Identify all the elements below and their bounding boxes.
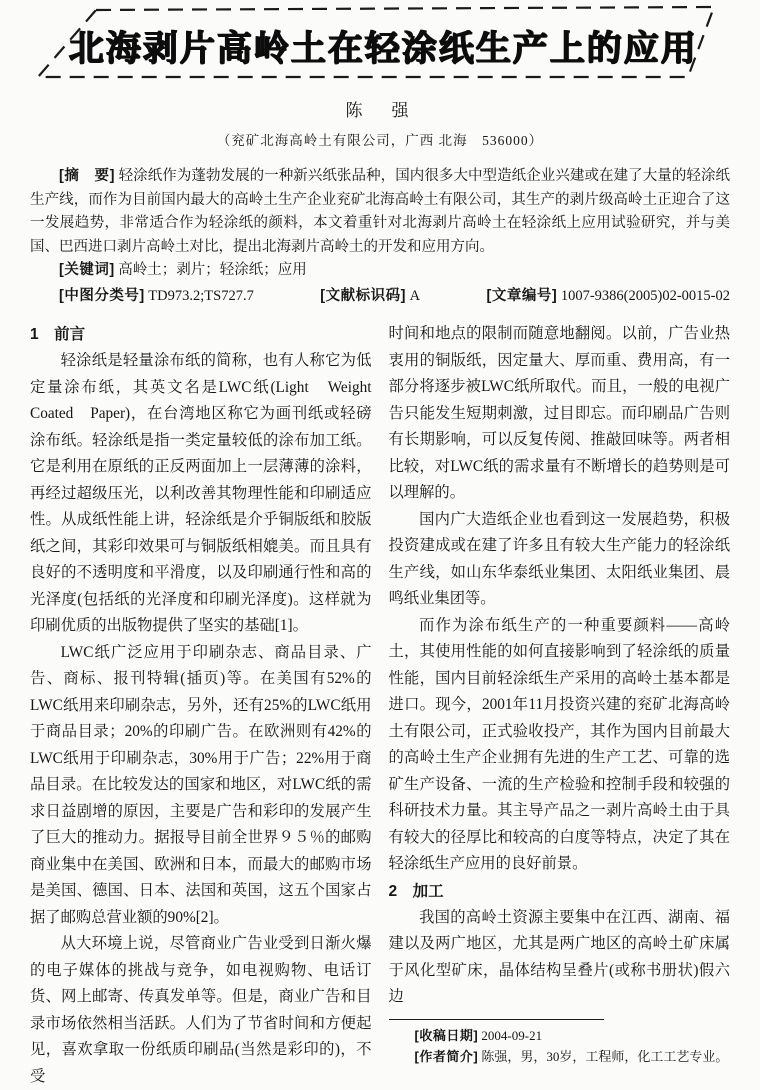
abstract-label: [摘 要] [59,168,115,184]
clc-pair: [中图分类号] TD973.2;TS727.7 [59,285,254,309]
author-bio-label: [作者简介] [415,1049,479,1064]
footnote-received: [收稿日期] 2004-09-21 [389,1025,731,1046]
clc-label: [中图分类号] [59,288,145,304]
author-affiliation: （兖矿北海高岭土有限公司，广西 北海 536000） [0,129,760,149]
body-paragraph: 我国的高岭土资源主要集中在江西、湖南、福建以及两广地区，尤其是两广地区的高岭土矿… [389,905,731,1011]
right-column: 时间和地点的限制而随意地翻阅。以前，广告业热衷用的铜版纸，因定量大、厚而重、费用… [389,321,731,1090]
title-box: 北海剥片高岭土在轻涂纸生产上的应用 [32,2,724,86]
left-column: 1 前言 轻涂纸是轻量涂布纸的简称，也有人称它为低定量涂布纸，其英文名是LWC纸… [30,321,372,1090]
author-bio-value: 陈强，男，30岁，工程师，化工工艺专业。 [481,1049,728,1064]
received-date-label: [收稿日期] [415,1028,479,1043]
body-paragraph: 时间和地点的限制而随意地翻阅。以前，广告业热衷用的铜版纸，因定量大、厚而重、费用… [389,321,731,507]
article-id-value: 1007-9386(2005)02-0015-02 [561,288,730,304]
paper-page: 北海剥片高岭土在轻涂纸生产上的应用 陈 强 （兖矿北海高岭土有限公司，广西 北海… [0,0,760,1090]
classification-line: [中图分类号] TD973.2;TS727.7 [文献标识码] A [文章编号]… [30,285,730,309]
meta-block: [摘 要] 轻涂纸作为蓬勃发展的一种新兴纸张品种，国内很多大中型造纸企业兴建或在… [30,165,730,308]
section-heading-2: 2 加工 [389,878,731,905]
body-paragraph: LWC纸广泛应用于印刷杂志、商品目录、广告、商标、报刊特辑(插页)等。在美国有5… [30,640,372,932]
article-id-pair: [文章编号] 1007-9386(2005)02-0015-02 [487,285,730,309]
footnote-block: [收稿日期] 2004-09-21 [作者简介] 陈强，男，30岁，工程师，化工… [389,1019,731,1067]
body-paragraph: 而作为涂布纸生产的一种重要颜料——高岭土，其使用性能的如何直接影响到了轻涂纸的质… [389,613,731,878]
section-heading-1: 1 前言 [30,321,372,348]
body-paragraph: 从大环境上说，尽管商业广告业受到日渐火爆的电子媒体的挑战与竞争，如电视购物、电话… [30,931,372,1090]
keywords-line: [关键词] 高岭土；剥片；轻涂纸；应用 [30,259,730,283]
doc-code-pair: [文献标识码] A [320,285,420,309]
article-id-label: [文章编号] [487,288,558,304]
body-paragraph: 国内广大造纸企业也看到这一发展趋势，积极投资建成或在建了许多且有较大生产能力的轻… [389,507,731,613]
doc-code-label: [文献标识码] [320,288,406,304]
body-columns: 1 前言 轻涂纸是轻量涂布纸的简称，也有人称它为低定量涂布纸，其英文名是LWC纸… [30,321,730,1090]
footnote-rule [389,1019,604,1020]
abstract-paragraph: [摘 要] 轻涂纸作为蓬勃发展的一种新兴纸张品种，国内很多大中型造纸企业兴建或在… [30,165,730,259]
keywords-text: 高岭土；剥片；轻涂纸；应用 [118,262,307,278]
abstract-text: 轻涂纸作为蓬勃发展的一种新兴纸张品种，国内很多大中型造纸企业兴建或在建了大量的轻… [30,168,730,255]
keywords-label: [关键词] [59,262,115,278]
doc-code-value: A [410,288,420,304]
footnote-author-bio: [作者简介] 陈强，男，30岁，工程师，化工工艺专业。 [389,1046,731,1067]
received-date-value: 2004-09-21 [481,1028,542,1043]
body-paragraph: 轻涂纸是轻量涂布纸的简称，也有人称它为低定量涂布纸，其英文名是LWC纸(Ligh… [30,348,372,640]
clc-value: TD973.2;TS727.7 [148,288,254,304]
page-title: 北海剥片高岭土在轻涂纸生产上的应用 [72,10,694,82]
